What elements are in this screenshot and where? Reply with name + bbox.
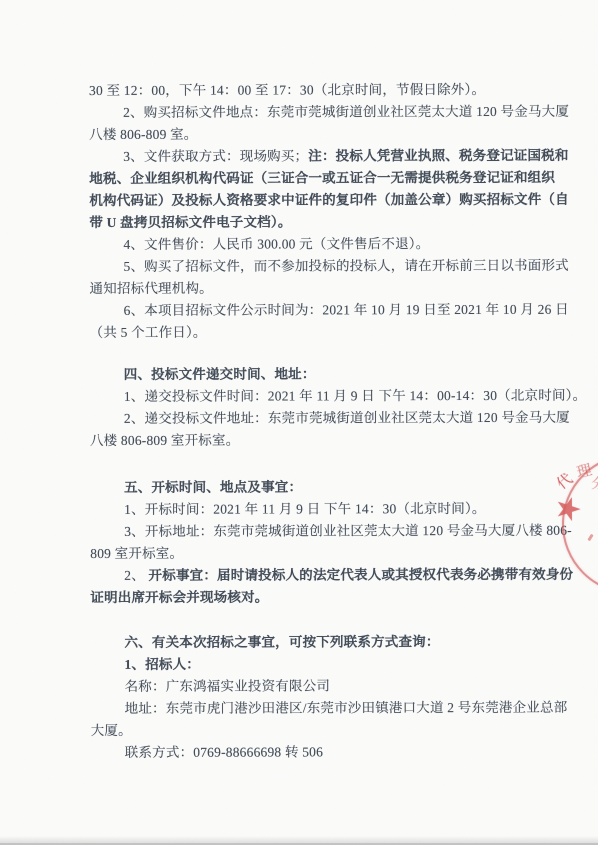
text-run: 八楼 806-809 室开标室。 bbox=[90, 433, 239, 448]
text-run: 大厦。 bbox=[91, 723, 132, 738]
text-line: 联系方式：0769-88666698 转 506 bbox=[91, 741, 539, 764]
text-run: 地址：东莞市虎门港沙田港区/东莞市沙田镇港口大道 2 号东莞港企业总部 bbox=[125, 700, 568, 716]
bold-text-run: 带 U 盘拷贝招标文件电子文档）。 bbox=[89, 214, 291, 230]
text-run: 30 至 12：00，下午 14：00 至 17：30（北京时间，节假日除外）。 bbox=[89, 82, 485, 98]
text-line: （共 5 个工作日）。 bbox=[90, 321, 538, 344]
text-line: 大厦。 bbox=[91, 719, 539, 742]
text-run: 2、 bbox=[124, 568, 148, 583]
text-run: 名称：广东鸿福实业投资有限公司 bbox=[125, 678, 331, 694]
text-line: 地税、企业组织机构代码证（三证合一或五证合一无需提供税务登记证和组织 bbox=[89, 167, 537, 190]
text-line: 2、递交投标文件地址：东莞市莞城街道创业社区莞太大道 120 号金马大厦 bbox=[90, 407, 538, 430]
text-run: 6、本项目招标文件公示时间为：2021 年 10 月 19 日至 2021 年 … bbox=[124, 302, 569, 318]
bold-text-run: 1、招标人： bbox=[125, 657, 200, 672]
seal-char: 理 bbox=[575, 463, 593, 481]
text-line: 五、开标时间、地点及事宜： bbox=[90, 476, 538, 499]
text-line: 6、本项目招标文件公示时间为：2021 年 10 月 19 日至 2021 年 … bbox=[90, 299, 538, 322]
bold-text-run: 机构代码证）及投标人资格要求中证件的复印件（加盖公章）购买招标文件（自 bbox=[89, 192, 569, 208]
text-run: 2、递交投标文件地址：东莞市莞城街道创业社区莞太大道 120 号金马大厦 bbox=[124, 410, 570, 426]
text-line: 1、递交投标文件时间：2021 年 11 月 9 日 下午 14：00-14：3… bbox=[90, 385, 538, 408]
text-line: 证明出席开标会并现场核对。 bbox=[90, 586, 538, 609]
text-run: 3、文件获取方式：现场购买； bbox=[123, 148, 308, 163]
text-line: 30 至 12：00，下午 14：00 至 17：30（北京时间，节假日除外）。 bbox=[89, 79, 537, 102]
text-line: 809 室开标室。 bbox=[90, 542, 538, 565]
text-run: 1、递交投标文件时间：2021 年 11 月 9 日 下午 14：00-14：3… bbox=[124, 388, 587, 404]
seal-mark bbox=[587, 534, 593, 542]
text-line: 2、购买招标文件地点：东莞市莞城街道创业社区莞太大道 120 号金马大厦 bbox=[89, 101, 537, 124]
text-line: 1、开标时间：2021 年 11 月 9 日 下午 14：30（北京时间）。 bbox=[90, 498, 538, 521]
text-line: 5、购买了招标文件，而不参加投标的投标人，请在开标前三日以书面形式 bbox=[89, 255, 537, 278]
text-line: 机构代码证）及投标人资格要求中证件的复印件（加盖公章）购买招标文件（自 bbox=[89, 189, 537, 212]
text-run: 通知招标代理机构。 bbox=[90, 281, 213, 296]
seal-char: 分 bbox=[590, 477, 598, 494]
text-line: 四、投标文件递交时间、地址： bbox=[90, 363, 538, 386]
text-line: 3、开标地址：东莞市莞城街道创业社区莞太大道 120 号金马大厦八楼 806- bbox=[90, 520, 538, 543]
bold-text-run: 开标事宜：届时请投标人的法定代表人或其授权代表务必携带有效身份 bbox=[149, 567, 574, 583]
text-run: （共 5 个工作日）。 bbox=[90, 325, 207, 340]
bold-text-run: 证明出席开标会并现场核对。 bbox=[90, 590, 268, 605]
document-body: 30 至 12：00，下午 14：00 至 17：30（北京时间，节假日除外）。… bbox=[89, 79, 539, 764]
text-line: 名称：广东鸿福实业投资有限公司 bbox=[91, 675, 539, 698]
text-run: 809 室开标室。 bbox=[90, 546, 183, 561]
text-run: 4、文件售价：人民币 300.00 元（文件售后不退）。 bbox=[123, 236, 429, 252]
scanned-document-page: 30 至 12：00，下午 14：00 至 17：30（北京时间，节假日除外）。… bbox=[0, 0, 598, 845]
text-line: 2、 开标事宜：届时请投标人的法定代表人或其授权代表务必携带有效身份 bbox=[90, 564, 538, 587]
text-line: 3、文件获取方式：现场购买；注：投标人凭营业执照、税务登记证国税和 bbox=[89, 145, 537, 168]
text-run: 2、购买招标文件地点：东莞市莞城街道创业社区莞太大道 120 号金马大厦 bbox=[123, 104, 569, 120]
bold-text-run: 四、投标文件递交时间、地址： bbox=[124, 366, 316, 382]
text-line: 带 U 盘拷贝招标文件电子文档）。 bbox=[89, 211, 537, 234]
text-run: 1、开标时间：2021 年 11 月 9 日 下午 14：30（北京时间）。 bbox=[124, 501, 486, 517]
text-line: 八楼 806-809 室开标室。 bbox=[90, 429, 538, 452]
bold-text-run: 五、开标时间、地点及事宜： bbox=[124, 479, 302, 494]
bold-text-run: 六、有关本次招标之事宜，可按下列联系方式查询： bbox=[124, 634, 439, 650]
text-run: 八楼 806-809 室。 bbox=[89, 127, 197, 142]
bold-text-run: 地税、企业组织机构代码证（三证合一或五证合一无需提供税务登记证和组织 bbox=[89, 170, 555, 186]
bold-text-run: 注：投标人凭营业执照、税务登记证国税和 bbox=[308, 148, 568, 164]
seal-char: 代 bbox=[555, 472, 576, 493]
text-line: 4、文件售价：人民币 300.00 元（文件售后不退）。 bbox=[89, 233, 537, 256]
text-line: 六、有关本次招标之事宜，可按下列联系方式查询： bbox=[90, 631, 538, 654]
text-line: 地址：东莞市虎门港沙田港区/东莞市沙田镇港口大道 2 号东莞港企业总部 bbox=[91, 697, 539, 720]
text-line: 八楼 806-809 室。 bbox=[89, 123, 537, 146]
text-run: 联系方式：0769-88666698 转 506 bbox=[125, 744, 323, 760]
text-run: 3、开标地址：东莞市莞城街道创业社区莞太大道 120 号金马大厦八楼 806- bbox=[124, 523, 572, 539]
text-line: 通知招标代理机构。 bbox=[90, 277, 538, 300]
text-run: 5、购买了招标文件，而不参加投标的投标人，请在开标前三日以书面形式 bbox=[123, 258, 568, 274]
text-line: 1、招标人： bbox=[91, 653, 539, 676]
scan-bottom-shadow bbox=[0, 836, 598, 845]
